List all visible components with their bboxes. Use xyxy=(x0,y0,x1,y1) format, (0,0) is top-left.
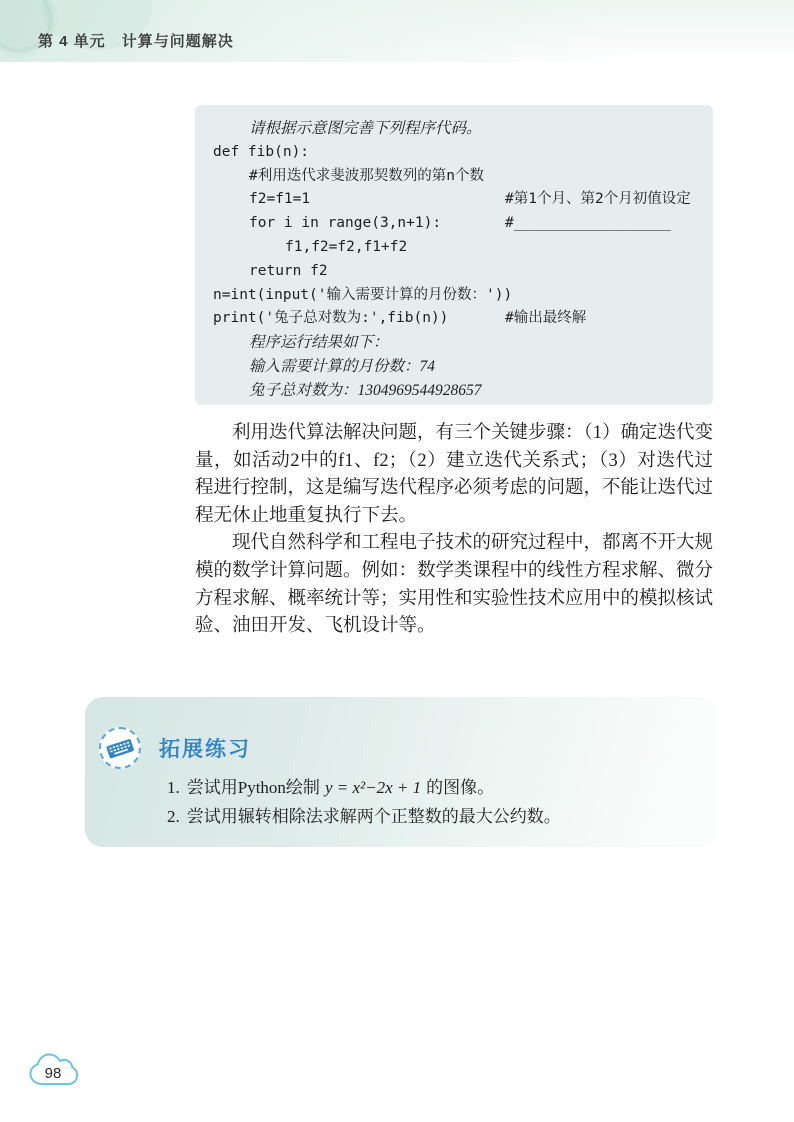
page-number-cloud: 98 xyxy=(27,1051,79,1091)
code-line: print('兔子总对数为:',fib(n))#输出最终解 xyxy=(213,307,705,331)
page-number: 98 xyxy=(27,1051,79,1091)
code-text: print('兔子总对数为:',fib(n)) xyxy=(213,310,448,326)
code-text: n=int(input('输入需要计算的月份数：')) xyxy=(213,287,512,303)
code-output-line: 输入需要计算的月份数：74 xyxy=(213,355,705,379)
code-line: #利用迭代求斐波那契数列的第n个数 xyxy=(213,165,705,189)
exercise-box: 拓展练习 1.尝试用Python绘制y = x²−2x + 1的图像。 2.尝试… xyxy=(85,697,717,847)
code-text: f1,f2=f2,f1+f2 xyxy=(285,239,407,255)
code-line: 请根据示意图完善下列程序代码。 xyxy=(213,117,705,141)
code-line: def fib(n): xyxy=(213,141,705,165)
textbook-page: 第 4 单元计算与问题解决 请根据示意图完善下列程序代码。 def fib(n)… xyxy=(0,0,794,1122)
code-line: f1,f2=f2,f1+f2 xyxy=(213,236,705,260)
unit-number: 第 4 单元 xyxy=(38,33,106,50)
output-text: 程序运行结果如下： xyxy=(249,334,389,351)
code-comment: #第1个月、第2个月初值设定 xyxy=(505,188,691,212)
code-text: f2=f1=1 xyxy=(249,191,310,207)
code-text: def fib(n): xyxy=(213,144,309,160)
item-text: 的图像。 xyxy=(426,778,494,797)
item-number: 1. xyxy=(167,778,180,797)
item-number: 2. xyxy=(167,807,180,826)
unit-title: 计算与问题解决 xyxy=(122,33,234,50)
body-text: 利用迭代算法解决问题，有三个关键步骤：（1）确定迭代变量，如活动2中的f1、f2… xyxy=(195,420,713,641)
code-text: #利用迭代求斐波那契数列的第n个数 xyxy=(249,168,484,184)
exercise-list: 1.尝试用Python绘制y = x²−2x + 1的图像。 2.尝试用辗转相除… xyxy=(167,773,687,831)
item-text: 尝试用Python绘制 xyxy=(187,778,320,797)
code-comment-blank: #__________________ xyxy=(505,212,671,236)
math-formula: y = x²−2x + 1 xyxy=(325,778,421,797)
paragraph: 利用迭代算法解决问题，有三个关键步骤：（1）确定迭代变量，如活动2中的f1、f2… xyxy=(195,420,713,530)
paragraph: 现代自然科学和工程电子技术的研究过程中，都离不开大规模的数学计算问题。例如：数学… xyxy=(195,530,713,640)
code-line: n=int(input('输入需要计算的月份数：')) xyxy=(213,284,705,308)
exercise-item: 2.尝试用辗转相除法求解两个正整数的最大公约数。 xyxy=(167,802,687,831)
keyboard-icon xyxy=(99,727,141,769)
code-block: 请根据示意图完善下列程序代码。 def fib(n): #利用迭代求斐波那契数列… xyxy=(195,105,713,405)
code-output-line: 程序运行结果如下： xyxy=(213,331,705,355)
output-text: 输入需要计算的月份数：74 xyxy=(249,358,435,375)
code-line: return f2 xyxy=(213,260,705,284)
code-comment: #输出最终解 xyxy=(505,307,586,331)
code-intro-text: 请根据示意图完善下列程序代码。 xyxy=(249,120,482,137)
code-line: f2=f1=1#第1个月、第2个月初值设定 xyxy=(213,188,705,212)
keyboard-icon-glyph xyxy=(103,731,137,765)
page-header: 第 4 单元计算与问题解决 xyxy=(0,0,794,62)
output-text: 兔子总对数为：1304969544928657 xyxy=(249,382,482,399)
exercise-item: 1.尝试用Python绘制y = x²−2x + 1的图像。 xyxy=(167,773,687,802)
code-text: for i in range(3,n+1): xyxy=(249,215,441,231)
item-text: 尝试用辗转相除法求解两个正整数的最大公约数。 xyxy=(187,807,561,826)
code-output-line: 兔子总对数为：1304969544928657 xyxy=(213,379,705,403)
unit-header: 第 4 单元计算与问题解决 xyxy=(38,30,234,51)
section-title: 拓展练习 xyxy=(159,733,251,763)
code-line: for i in range(3,n+1):#_________________… xyxy=(213,212,705,236)
code-text: return f2 xyxy=(249,263,328,279)
